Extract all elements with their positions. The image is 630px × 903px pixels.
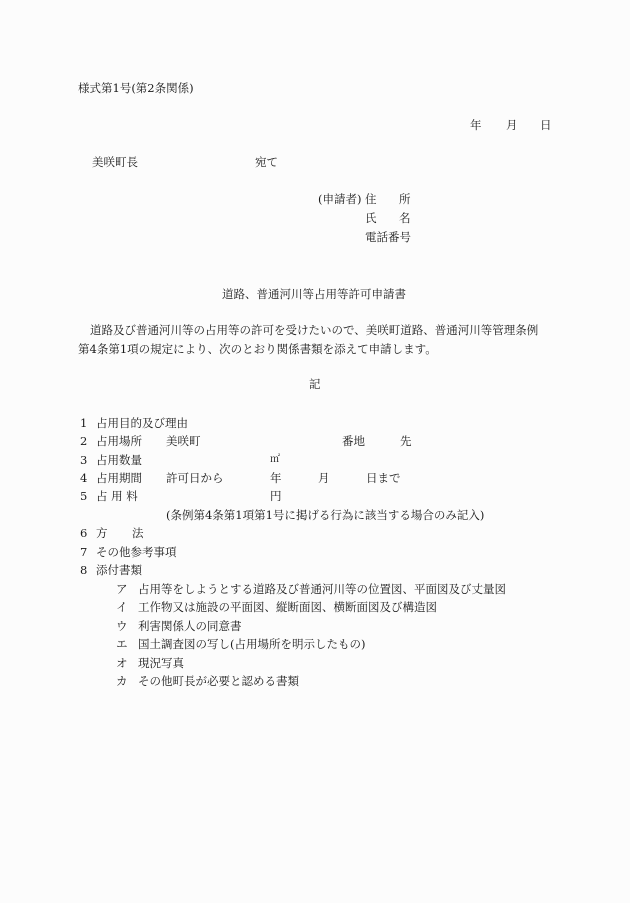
item-num: 6 — [80, 526, 87, 540]
item-num: 7 — [80, 545, 87, 559]
addressee-name: 美咲町長 — [92, 155, 138, 169]
document-title: 道路、普通河川等占用等許可申請書 — [222, 287, 406, 301]
address-label-1: 住 — [365, 192, 377, 206]
address-label-2: 所 — [399, 192, 411, 206]
attachment-mark: カ — [116, 674, 128, 688]
item-label: 占用場所 — [96, 434, 142, 448]
name-label-1: 氏 — [365, 211, 377, 225]
location-town: 美咲町 — [166, 434, 201, 448]
attachment-text: その他町長が必要と認める書類 — [138, 674, 299, 688]
quantity-unit: ㎡ — [270, 453, 280, 467]
item-label-2: 法 — [132, 526, 144, 540]
item-num: 4 — [80, 471, 87, 485]
item-num: 5 — [80, 489, 87, 503]
period-year: 年 — [270, 471, 282, 485]
item-label: 添付書類 — [96, 563, 142, 577]
attachment-mark: ア — [116, 582, 128, 596]
date-year: 年 — [470, 118, 482, 132]
item-num: 3 — [80, 453, 87, 467]
item-num: 2 — [80, 434, 87, 448]
attachment-text: 国土調査図の写し(占用場所を明示したもの) — [138, 637, 365, 651]
item-num: 8 — [80, 563, 87, 577]
item-num: 1 — [80, 416, 87, 430]
fee-note: (条例第4条第1項第1号に掲げる行為に該当する場合のみ記入) — [166, 508, 484, 522]
item-label: 占 用 料 — [96, 489, 138, 503]
applicant-label: (申請者) — [318, 192, 361, 206]
attachment-text: 利害関係人の同意書 — [138, 619, 242, 633]
body-line-1: 道路及び普通河川等の占用等の許可を受けたいので、美咲町道路、普通河川等管理条例 — [90, 323, 538, 337]
attachment-mark: エ — [116, 637, 128, 651]
attachment-text: 現況写真 — [138, 656, 184, 670]
period-month: 月 — [318, 471, 330, 485]
body-line-2: 第4条第1項の規定により、次のとおり関係書類を添えて申請します。 — [78, 342, 437, 356]
item-label-1: 方 — [96, 526, 108, 540]
location-banchi: 番地 — [342, 434, 365, 448]
name-label-2: 名 — [399, 211, 411, 225]
date-month: 月 — [506, 118, 518, 132]
period-from: 許可日から — [166, 471, 224, 485]
item-label: 占用目的及び理由 — [96, 416, 188, 430]
attachment-mark: オ — [116, 656, 128, 670]
fee-unit: 円 — [270, 489, 282, 503]
attachment-text: 工作物又は施設の平面図、縦断面図、横断面図及び構造図 — [138, 600, 437, 614]
item-label: 占用期間 — [96, 471, 142, 485]
item-label: その他参考事項 — [96, 545, 177, 559]
location-saki: 先 — [400, 434, 412, 448]
phone-label: 電話番号 — [365, 230, 411, 244]
attachment-mark: ウ — [116, 619, 128, 633]
attachment-mark: イ — [116, 600, 128, 614]
addressee-suffix: 宛て — [255, 155, 278, 169]
ki-heading: 記 — [309, 377, 321, 391]
form-id: 様式第1号(第2条関係) — [78, 81, 194, 95]
period-until: 日まで — [366, 471, 401, 485]
attachment-text: 占用等をしようとする道路及び普通河川等の位置図、平面図及び丈量図 — [138, 582, 506, 596]
item-label: 占用数量 — [96, 453, 142, 467]
date-day: 日 — [540, 118, 552, 132]
